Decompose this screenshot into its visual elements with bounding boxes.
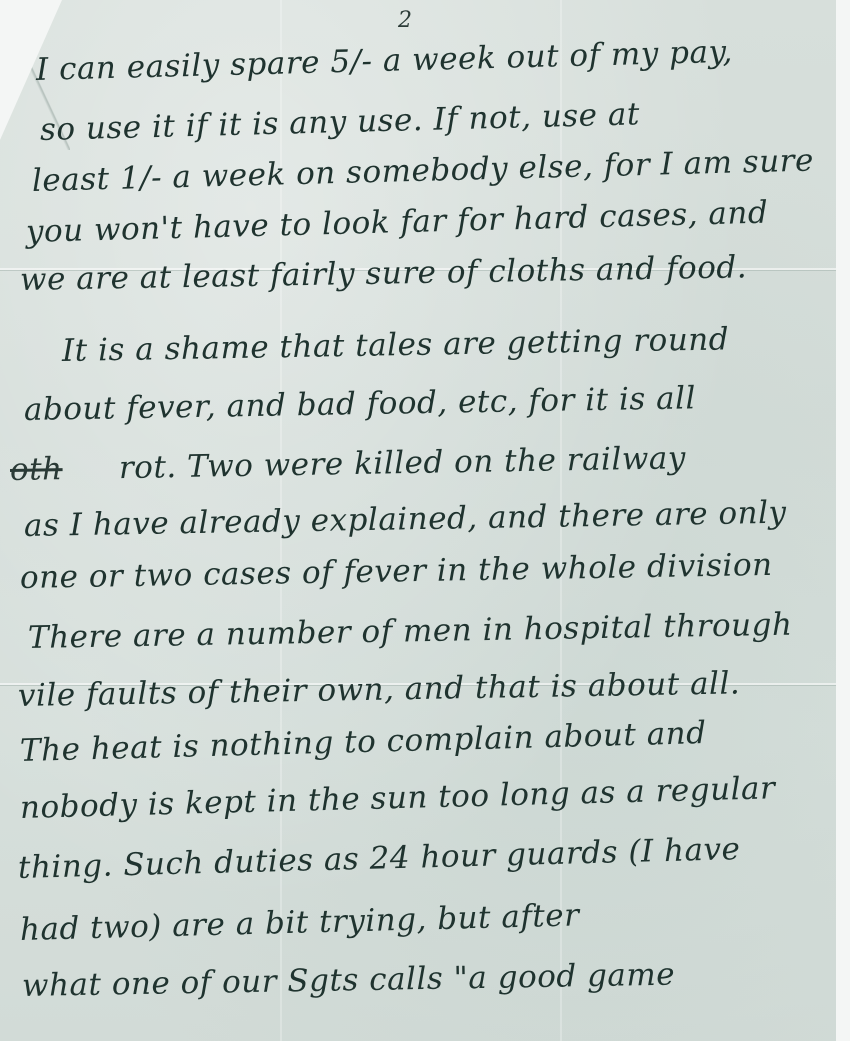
letter-line: about fever, and bad food, etc, for it i… [24,380,697,428]
letter-line: had two) are a bit trying, but after [20,897,580,948]
letter-line: The heat is nothing to complain about an… [20,715,707,769]
letter-line: There are a number of men in hospital th… [28,607,793,656]
letter-line: so use it if it is any use. If not, use … [40,96,641,148]
letter-line: we are at least fairly sure of cloths an… [20,249,748,298]
letter-line: oth rot. Two were killed on the railway [10,440,686,488]
letter-line: nobody is kept in the sun too long as a … [20,770,776,826]
struck-word: oth [10,451,63,488]
letter-line: thing. Such duties as 24 hour guards (I … [18,831,741,886]
letter-line: you won't have to look far for hard case… [26,195,769,250]
page-number: 2 [398,8,412,33]
letter-line: as I have already explained, and there a… [24,495,787,544]
letter-paper: 2 I can easily spare 5/- a week out of m… [0,0,836,1041]
letter-line: vile faults of their own, and that is ab… [18,665,741,714]
letter-line: least 1/- a week on somebody else, for I… [32,143,815,199]
letter-line: one or two cases of fever in the whole d… [20,547,773,596]
letter-line: I can easily spare 5/- a week out of my … [36,34,734,88]
letter-line: It is a shame that tales are getting rou… [62,321,730,369]
letter-line: what one of our Sgts calls "a good game [22,957,676,1004]
